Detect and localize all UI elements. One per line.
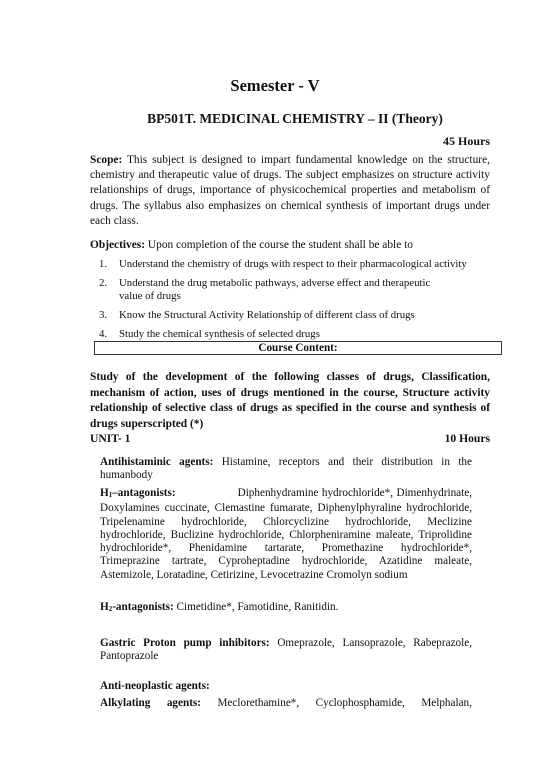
h2-text: Cimetidine*, Famotidine, Ranitidin.: [174, 601, 339, 613]
unit-1-header: UNIT- 1 10 Hours: [90, 432, 490, 445]
antihistaminic-label: Antihistaminic agents:: [100, 456, 213, 468]
antihistaminic-section: Antihistaminic agents: Histamine, recept…: [100, 456, 472, 483]
objective-number: 4.: [99, 328, 107, 341]
objectives-paragraph: Objectives: Upon completion of the cours…: [90, 238, 490, 253]
alkylating-label-word2: agents:: [167, 697, 201, 710]
document-page: Semester - V BP501T. MEDICINAL CHEMISTRY…: [0, 0, 550, 777]
alkylating-agents-line: Alkylating agents: Meclorethamine*, Cycl…: [100, 697, 472, 710]
objectives-text: Upon completion of the course the studen…: [145, 239, 413, 251]
unit-hours: 10 Hours: [445, 432, 490, 445]
alkylating-label-word1: Alkylating: [100, 697, 150, 710]
objectives-list: 1.Understand the chemistry of drugs with…: [99, 258, 509, 347]
alkylating-drug: Cyclophosphamide,: [316, 697, 405, 710]
proton-pump-inhibitors-section: Gastric Proton pump inhibitors: Omeprazo…: [100, 637, 472, 664]
ppi-label: Gastric Proton pump inhibitors:: [100, 637, 270, 649]
course-content-heading: Course Content:: [94, 341, 502, 355]
h2-label-prefix: H: [100, 601, 109, 613]
objective-number: 3.: [99, 309, 107, 322]
objective-text: Understand the drug metabolic pathways, …: [119, 277, 430, 302]
objective-number: 1.: [99, 258, 107, 271]
h1-text: Diphenhydramine hydrochloride*, Dimenhyd…: [100, 487, 472, 581]
scope-text: This subject is designed to impart funda…: [90, 154, 490, 227]
course-content-intro: Study of the development of the followin…: [90, 370, 490, 432]
objective-text: Know the Structural Activity Relationshi…: [119, 309, 415, 321]
semester-heading: Semester - V: [0, 76, 550, 96]
objective-text: Study the chemical synthesis of selected…: [119, 328, 320, 340]
objectives-label: Objectives:: [90, 239, 145, 251]
h2-antagonists-section: H2-antagonists: Cimetidine*, Famotidine,…: [100, 601, 472, 616]
unit-title: UNIT- 1: [90, 432, 130, 445]
scope-label: Scope:: [90, 154, 122, 166]
alkylating-drug: Meclorethamine*,: [217, 697, 299, 710]
h2-label-suffix: -antagonists:: [112, 601, 174, 613]
antineoplastic-heading: Anti-neoplastic agents:: [100, 680, 472, 693]
scope-paragraph: Scope: This subject is designed to impar…: [90, 153, 490, 229]
h1-label: H1–antagonists:: [100, 487, 176, 499]
objective-item: 1.Understand the chemistry of drugs with…: [99, 258, 509, 271]
total-hours: 45 Hours: [443, 134, 490, 149]
h1-antagonists-section: H1–antagonists:Diphenhydramine hydrochlo…: [100, 487, 472, 582]
h1-label-suffix: –antagonists:: [112, 487, 175, 499]
course-title: BP501T. MEDICINAL CHEMISTRY – II (Theory…: [0, 111, 550, 127]
h1-label-prefix: H: [100, 487, 109, 499]
objective-number: 2.: [99, 277, 107, 290]
h2-label: H2-antagonists:: [100, 601, 174, 613]
objective-text: Understand the chemistry of drugs with r…: [119, 258, 467, 270]
objective-item: 2.Understand the drug metabolic pathways…: [99, 277, 449, 303]
alkylating-drug: Melphalan,: [421, 697, 472, 710]
objective-item: 4.Study the chemical synthesis of select…: [99, 328, 509, 341]
objective-item: 3.Know the Structural Activity Relations…: [99, 309, 509, 322]
